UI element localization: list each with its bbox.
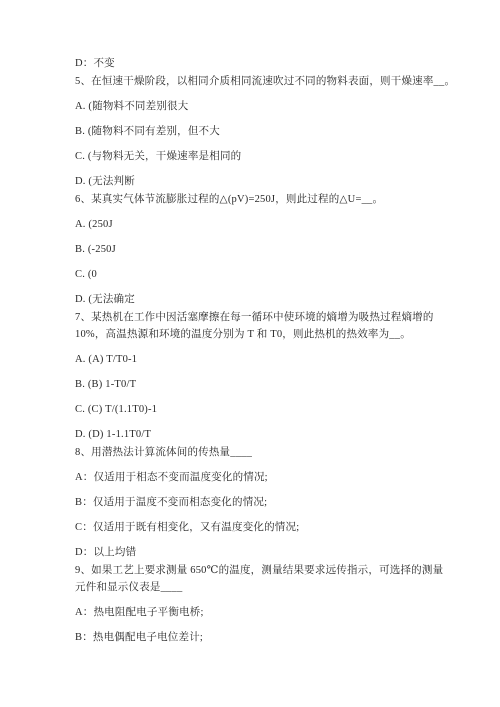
option-line: A：热电阻配电子平衡电桥; bbox=[75, 606, 460, 620]
option-line: D. (无法确定 bbox=[75, 293, 460, 307]
option-line: B. (B) 1-T0/T bbox=[75, 378, 460, 392]
option-line: D. (D) 1-1.1T0/T bbox=[75, 428, 460, 442]
option-line: C. (与物料无关，干燥速率是相同的 bbox=[75, 150, 460, 164]
option-line: C：仅适用于既有相变化，又有温度变化的情况; bbox=[75, 521, 460, 535]
option-line: A. (随物料不同差别很大 bbox=[75, 100, 460, 114]
option-line: C. (C) T/(1.1T0)-1 bbox=[75, 403, 460, 417]
option-line: A. (250J bbox=[75, 218, 460, 232]
option-line: B. (-250J bbox=[75, 243, 460, 257]
option-line: A. (A) T/T0-1 bbox=[75, 353, 460, 367]
option-line: C. (0 bbox=[75, 268, 460, 282]
option-line: B：仅适用于温度不变而相态变化的情况; bbox=[75, 496, 460, 510]
option-line: D. (无法判断 bbox=[75, 175, 460, 189]
option-line: B. (随物料不同有差别，但不大 bbox=[75, 125, 460, 139]
question-stem-line: 5、在恒速干燥阶段，以相同介质相同流速吹过不同的物料表面，则干燥速率__。 bbox=[75, 75, 460, 89]
document-page: D：不变5、在恒速干燥阶段，以相同介质相同流速吹过不同的物料表面，则干燥速率__… bbox=[0, 0, 500, 707]
question-stem-continuation: 10%，高温热源和环境的温度分别为 T 和 T0，则此热机的热效率为__。 bbox=[75, 328, 460, 342]
option-line: B：热电偶配电子电位差计; bbox=[75, 631, 460, 645]
question-stem-continuation: 元件和显示仪表是____ bbox=[75, 581, 460, 595]
question-stem-line: 8、用潜热法计算流体间的传热量____ bbox=[75, 446, 460, 460]
document-body: D：不变5、在恒速干燥阶段，以相同介质相同流速吹过不同的物料表面，则干燥速率__… bbox=[75, 57, 460, 645]
question-stem-line: 7、某热机在工作中因活塞摩擦在每一循环中使环境的熵增为吸热过程熵增的 bbox=[75, 311, 460, 325]
option-line: A：仅适用于相态不变而温度变化的情况; bbox=[75, 471, 460, 485]
option-line: D：不变 bbox=[75, 57, 460, 71]
question-stem-line: 6、某真实气体节流膨胀过程的△(pV)=250J，则此过程的△U=__。 bbox=[75, 193, 460, 207]
option-line: D：以上均错 bbox=[75, 546, 460, 560]
question-stem-line: 9、如果工艺上要求测量 650℃的温度，测量结果要求远传指示，可选择的测量 bbox=[75, 564, 460, 578]
